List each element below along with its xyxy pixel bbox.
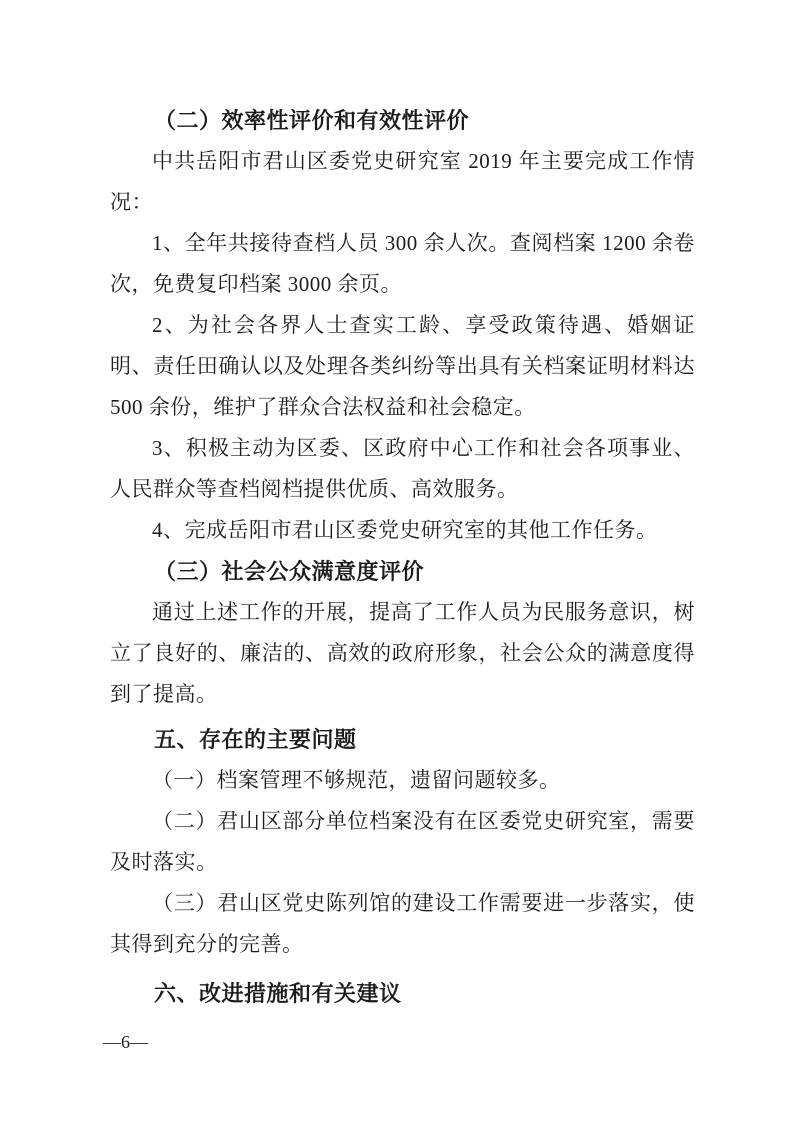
paragraph-problem-2-unit-archives: （二）君山区部分单位档案没有在区委党史研究室，需要及时落实。 (110, 801, 695, 883)
document-body: （二）效率性评价和有效性评价 中共岳阳市君山区委党史研究室 2019 年主要完成… (110, 100, 695, 1014)
paragraph-2019-work-intro: 中共岳阳市君山区委党史研究室 2019 年主要完成工作情况： (110, 141, 695, 223)
paragraph-problem-3-exhibition-hall: （三）君山区党史陈列馆的建设工作需要进一步落实，使其得到充分的完善。 (110, 883, 695, 965)
page-number: —6— (103, 1031, 148, 1053)
paragraph-satisfaction-improved: 通过上述工作的开展，提高了工作人员为民服务意识，树立了良好的、廉洁的、高效的政府… (110, 592, 695, 715)
heading-improvement-measures-suggestions: 六、改进措施和有关建议 (110, 973, 695, 1014)
paragraph-item-2-certificates: 2、为社会各界人士查实工龄、享受政策待遇、婚姻证明、责任田确认以及处理各类纠纷等… (110, 305, 695, 428)
document-page: （二）效率性评价和有效性评价 中共岳阳市君山区委党史研究室 2019 年主要完成… (0, 0, 793, 1122)
heading-public-satisfaction-evaluation: （三）社会公众满意度评价 (110, 551, 695, 592)
paragraph-item-3-services: 3、积极主动为区委、区政府中心工作和社会各项事业、人民群众等查档阅档提供优质、高… (110, 428, 695, 510)
paragraph-item-4-other-tasks: 4、完成岳阳市君山区委党史研究室的其他工作任务。 (110, 510, 695, 551)
paragraph-problem-1-archive-management: （一）档案管理不够规范，遗留问题较多。 (110, 760, 695, 801)
heading-efficiency-effectiveness-evaluation: （二）效率性评价和有效性评价 (110, 100, 695, 141)
paragraph-item-1-archive-visits: 1、全年共接待查档人员 300 余人次。查阅档案 1200 余卷次，免费复印档案… (110, 223, 695, 305)
heading-main-problems: 五、存在的主要问题 (110, 719, 695, 760)
